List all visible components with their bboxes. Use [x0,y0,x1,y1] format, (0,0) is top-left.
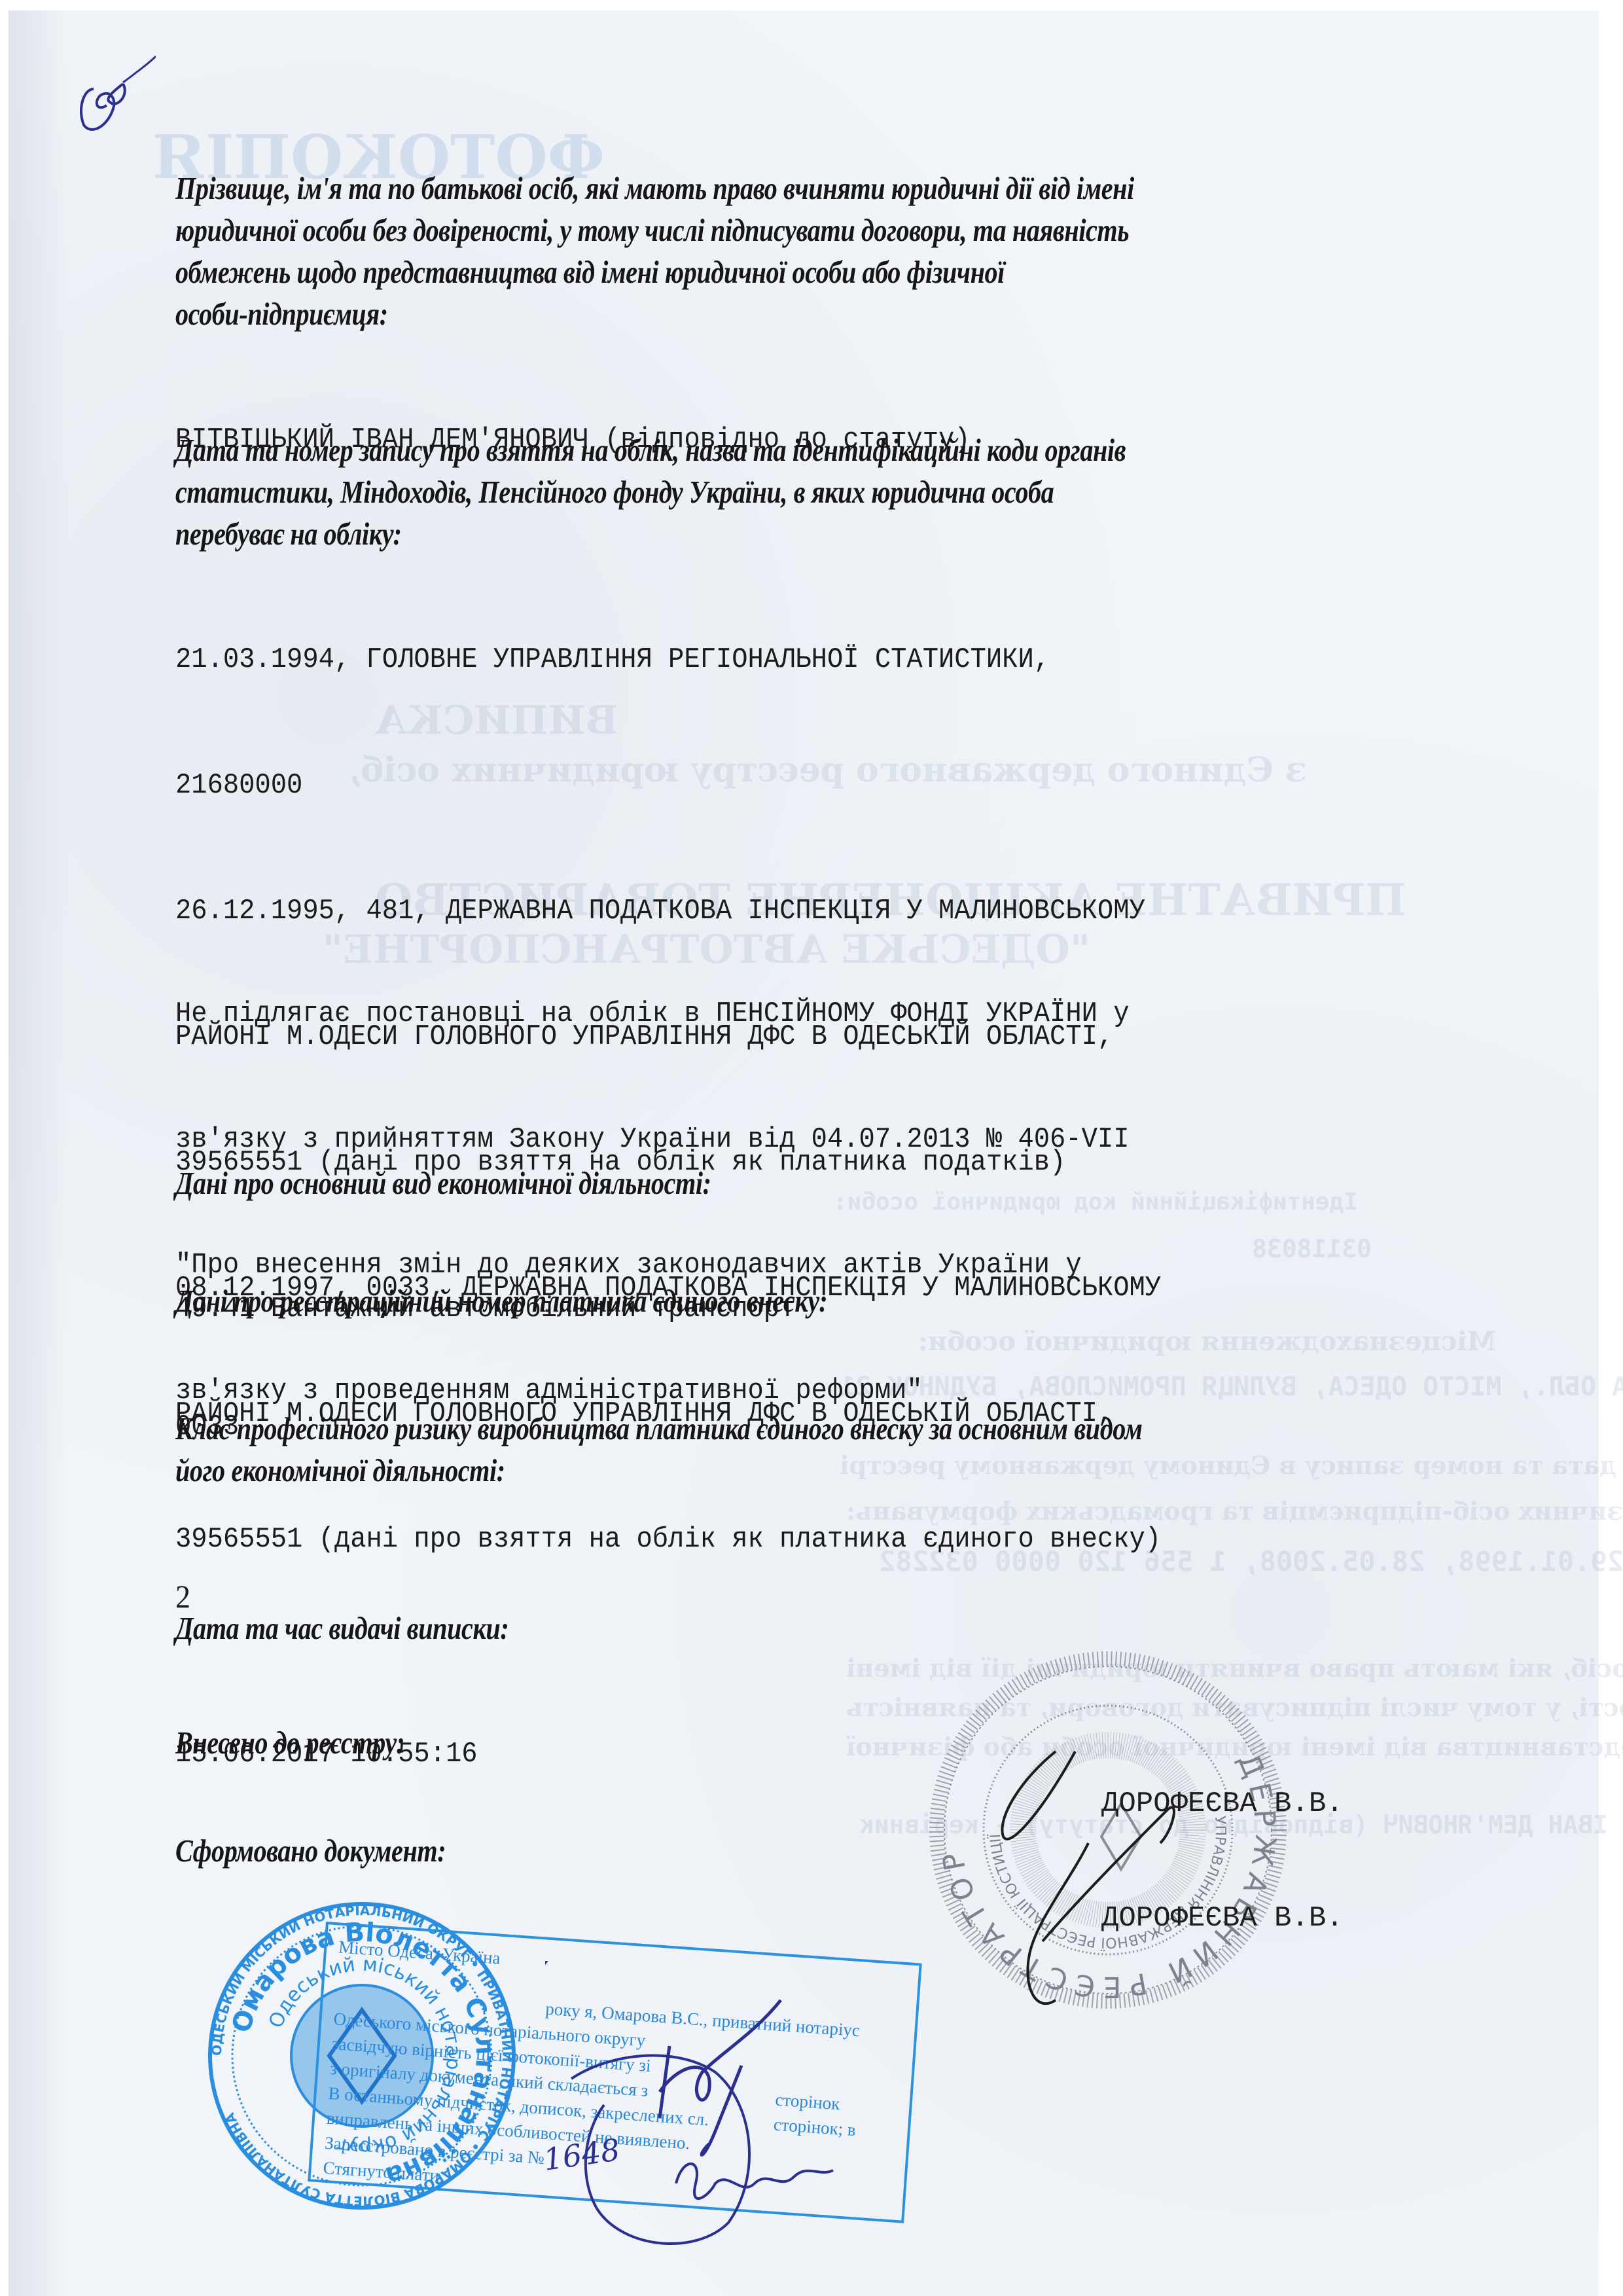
registrar-stamp-icon: ДЕРЖАВНИЙ РЕЄСТРАТОР УПРАВЛІННЯ ДЕРЖАВНО… [925,1647,1291,2013]
handwritten-register-number: 1648 [545,2132,622,2178]
registrar-stamp-outer-text: ДЕРЖАВНИЙ РЕЄСТРАТОР [935,1748,1282,2003]
scanned-page: ФОТОКОПІЯ ВИПИСКА з Єдиного державного р… [9,10,1599,2296]
notary-line: Місто Одеса, Україна [338,1934,501,1970]
notary-signature-icon: 15.06.2017 1648 [545,1961,912,2262]
value-line: зв'язку з прийняттям Закону України від … [175,1119,1130,1160]
label-line: Клас професійного ризику виробництва пла… [175,1408,1420,1450]
value-line: Не підлягає постановці на облік в ПЕНСІЙ… [175,993,1130,1035]
label-line: статистики, Міндоходів, Пенсійного фонду… [175,471,1420,513]
label-line: обмежень щодо представництва від імені ю… [175,251,1420,293]
label-line: перебуває на обліку: [175,513,1420,555]
section-label: Дані про основний вид економічної діяльн… [175,1162,1420,1204]
handwritten-initial-icon [45,37,156,135]
value-line: 21680000 [175,764,1572,806]
section-document-formed: Сформовано документ: [175,1830,1623,1872]
section-label: Дата та час видачі виписки: [175,1607,1420,1649]
section-entered-into-register: Внесено до реєстру: [175,1722,1623,1764]
label-line: Прізвище, ім'я та по батькові осіб, які … [175,168,1420,209]
section-label: Дані про реєстраційний номер платника єд… [175,1280,1420,1322]
label-line: Дата та час видачі виписки: [175,1607,1420,1649]
section-label: Клас професійного ризику виробництва пла… [175,1408,1420,1492]
label-line: Дані про основний вид економічної діяльн… [175,1162,1420,1204]
section-label: Прізвище, ім'я та по батькові осіб, які … [175,168,1420,335]
label-line: Дані про реєстраційний номер платника єд… [175,1280,1420,1322]
value-line: 21.03.1994, ГОЛОВНЕ УПРАВЛІННЯ РЕГІОНАЛЬ… [175,639,1572,681]
entered-by-signer: ДОРОФЕЄВА В.В. [1101,1787,1344,1820]
section-label: Дата та номер запису про взяття на облік… [175,429,1420,555]
label-line: особи-підприємця: [175,293,1420,335]
handwritten-date: 15.06.2017 [545,1961,552,1990]
label-line: юридичної особи без довіреності, у тому … [175,209,1420,251]
formed-by-signer: ДОРОФЕЄВА В.В. [1101,1902,1344,1935]
label-line: його економічної діяльності: [175,1450,1420,1492]
svg-text:ДЕРЖАВНИЙ РЕЄСТРАТОР: ДЕРЖАВНИЙ РЕЄСТРАТОР [935,1748,1282,2003]
label-line: Дата та номер запису про взяття на облік… [175,429,1420,471]
